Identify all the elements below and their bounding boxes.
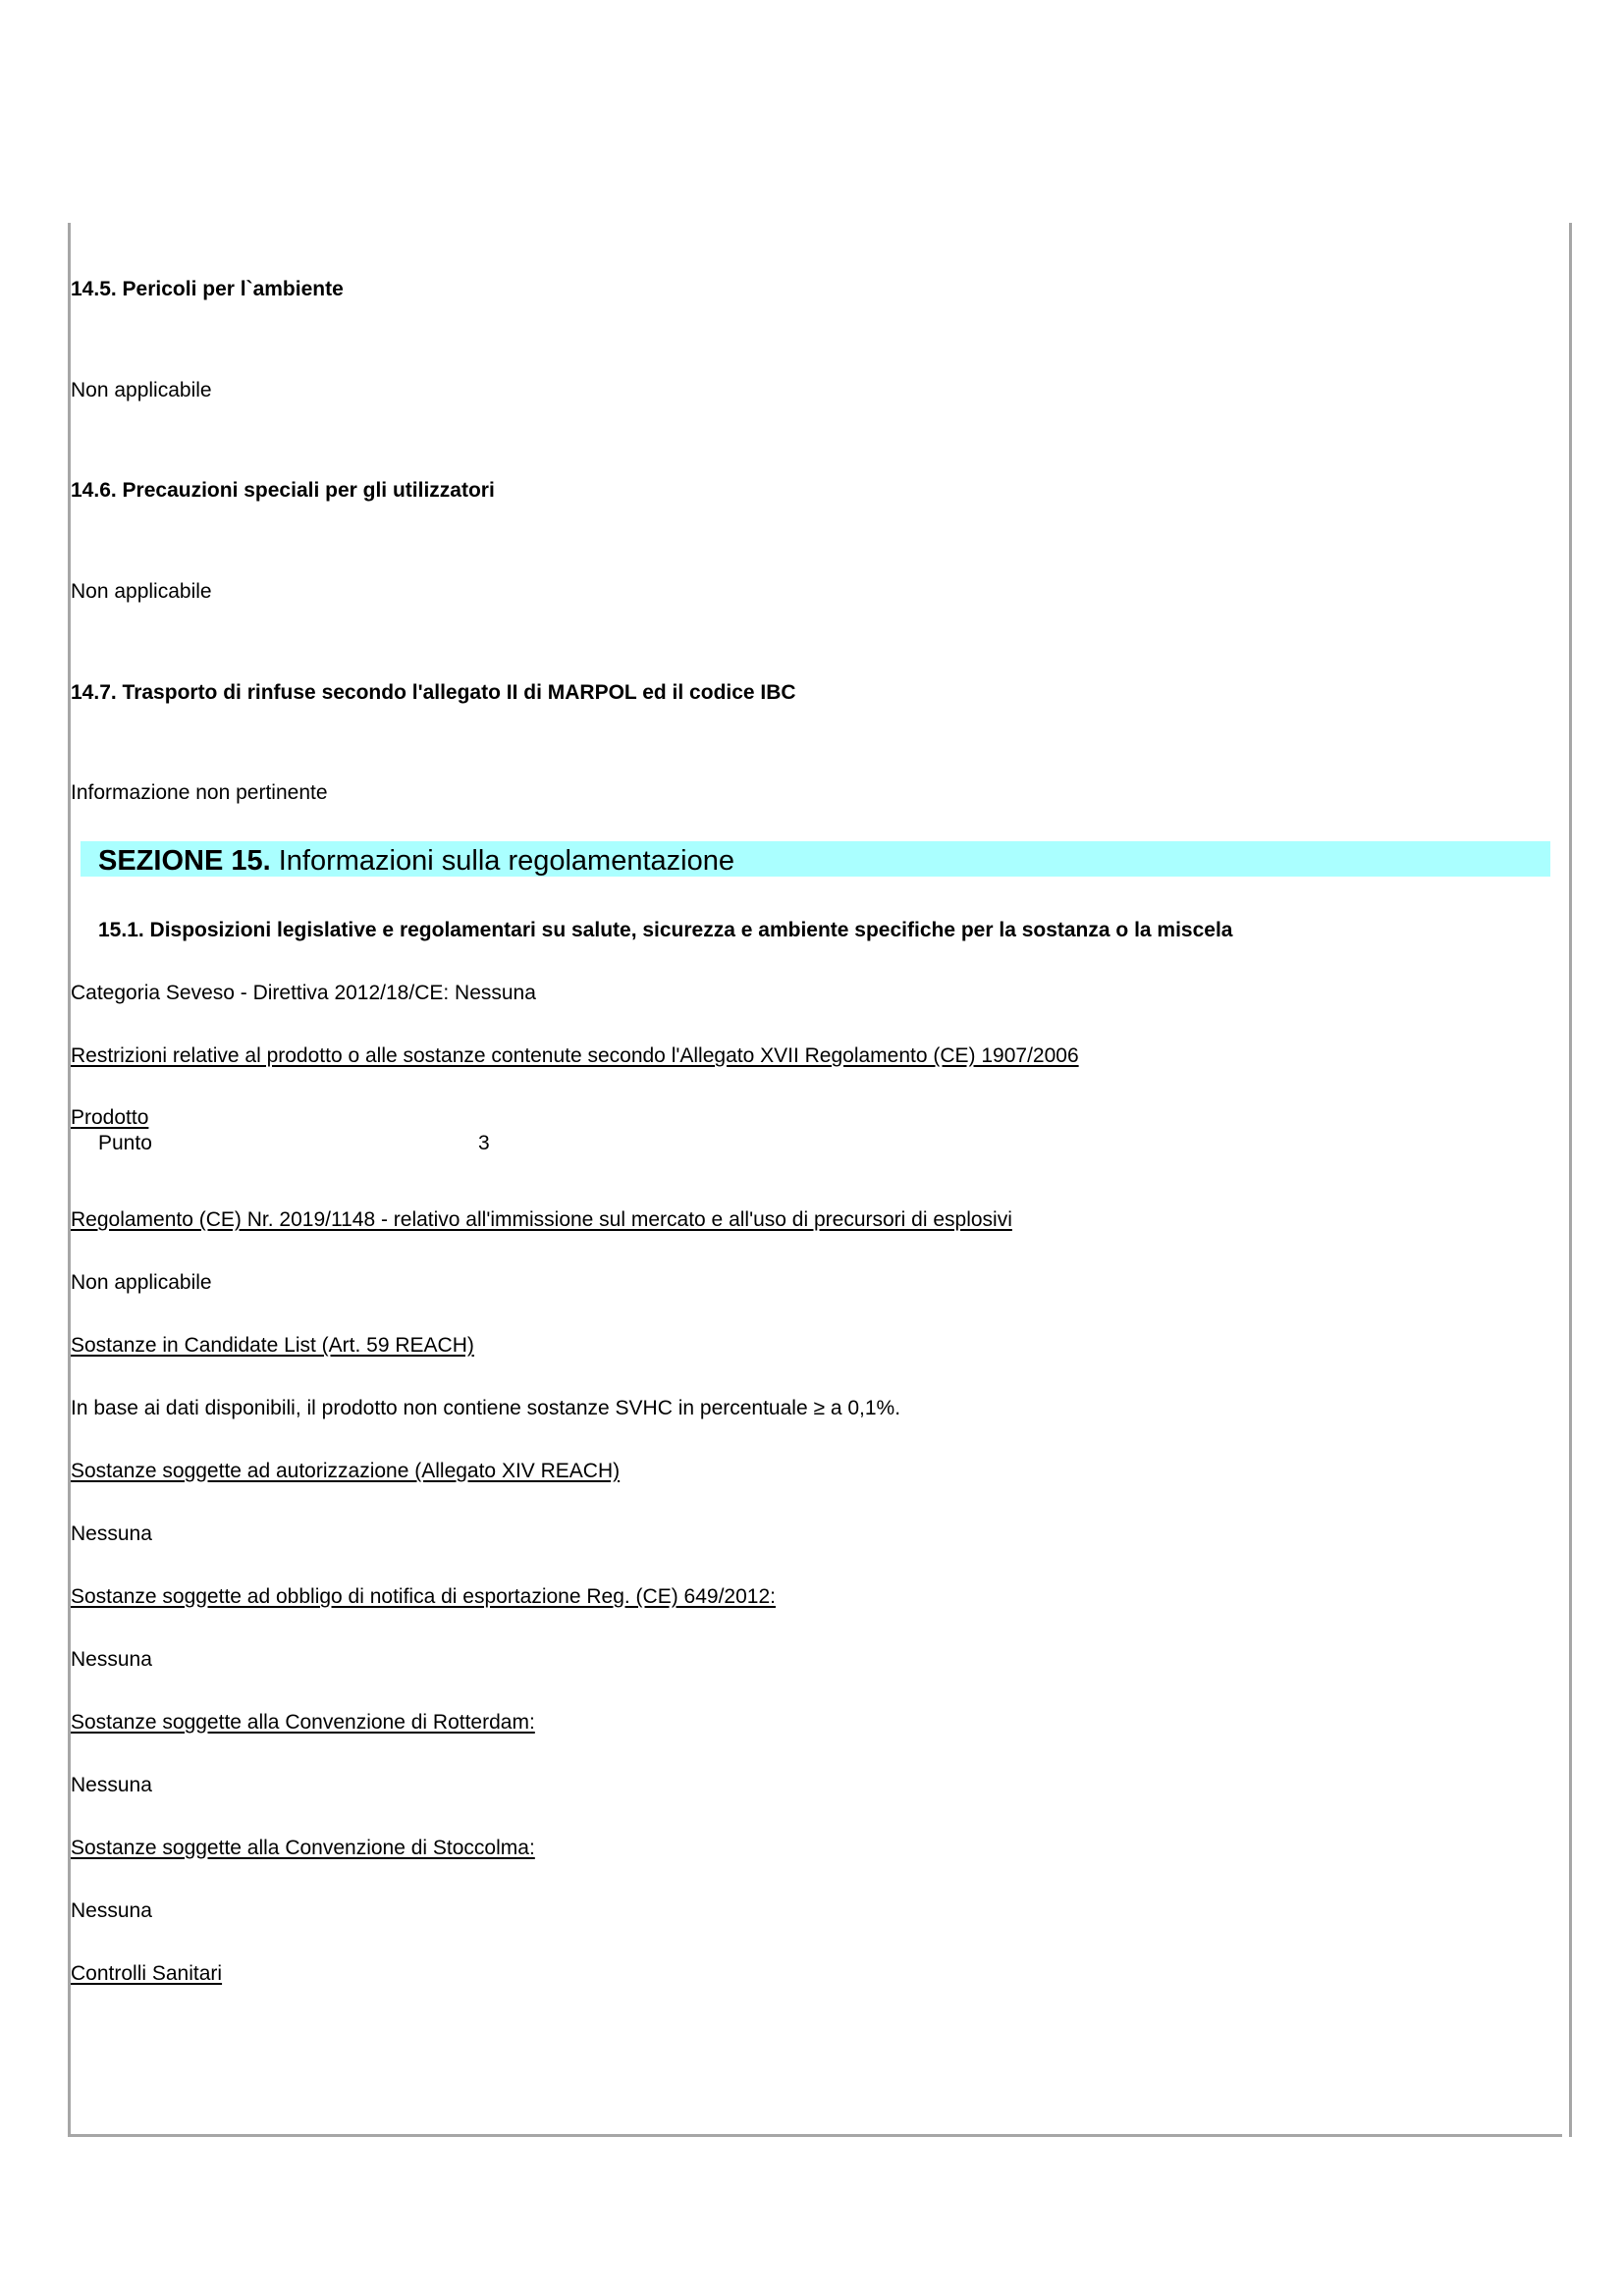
rotterdam-heading: Sostanze soggette alla Convenzione di Ro… (71, 1711, 535, 1735)
section-15-title-text: Informazioni sulla regolamentazione (271, 845, 734, 877)
autorizzazione-heading: Sostanze soggette ad autorizzazione (All… (71, 1460, 620, 1483)
heading-15-1: 15.1. Disposizioni legislative e regolam… (98, 919, 1232, 942)
restrizioni-heading: Restrizioni relative al prodotto o alle … (71, 1044, 1079, 1068)
value-14-5: Non applicabile (71, 379, 212, 402)
prodotto-label: Prodotto (71, 1106, 148, 1130)
heading-14-6: 14.6. Precauzioni speciali per gli utili… (71, 479, 495, 503)
notifica-heading: Sostanze soggette ad obbligo di notifica… (71, 1585, 776, 1609)
seveso-category: Categoria Seveso - Direttiva 2012/18/CE:… (71, 982, 536, 1005)
autorizzazione-value: Nessuna (71, 1522, 152, 1546)
page-frame-right-border (1569, 223, 1572, 2137)
punto-label: Punto (98, 1132, 152, 1155)
stoccolma-value: Nessuna (71, 1899, 152, 1923)
candidate-list-value: In base ai dati disponibili, il prodotto… (71, 1397, 900, 1420)
notifica-value: Nessuna (71, 1648, 152, 1672)
heading-14-7: 14.7. Trasporto di rinfuse secondo l'all… (71, 681, 796, 705)
value-14-7: Informazione non pertinente (71, 781, 328, 805)
punto-value: 3 (478, 1132, 490, 1155)
heading-14-5: 14.5. Pericoli per l`ambiente (71, 278, 344, 301)
controlli-sanitari-heading: Controlli Sanitari (71, 1962, 222, 1986)
section-15-title: SEZIONE 15. Informazioni sulla regolamen… (98, 844, 734, 878)
stoccolma-heading: Sostanze soggette alla Convenzione di St… (71, 1837, 535, 1860)
precursori-value: Non applicabile (71, 1271, 212, 1295)
page-frame-bottom-border (68, 2134, 1562, 2137)
value-14-6: Non applicabile (71, 580, 212, 604)
precursori-heading: Regolamento (CE) Nr. 2019/1148 - relativ… (71, 1208, 1012, 1232)
candidate-list-heading: Sostanze in Candidate List (Art. 59 REAC… (71, 1334, 474, 1358)
section-15-number: SEZIONE 15. (98, 845, 271, 877)
rotterdam-value: Nessuna (71, 1774, 152, 1797)
